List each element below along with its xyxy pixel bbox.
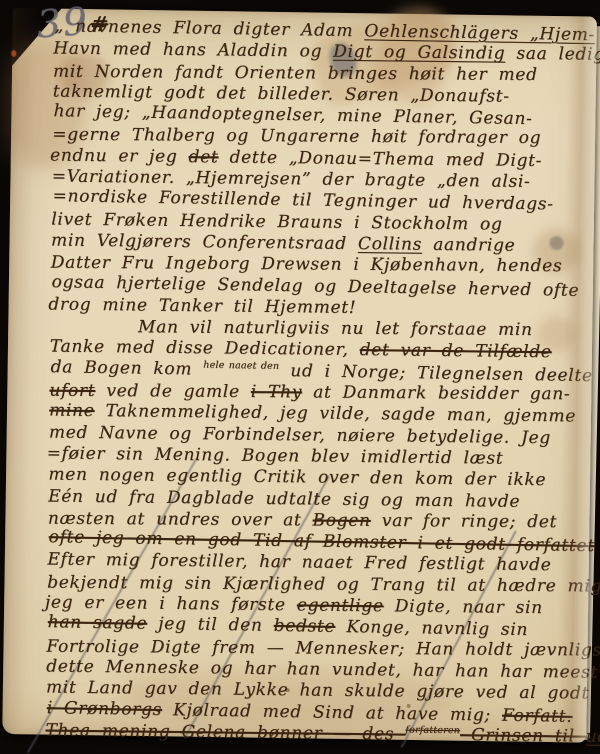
manuscript-line: ufort ved de gamle i Thy at Danmark besi… xyxy=(49,381,577,406)
struck-text-segment: Forfatt. xyxy=(502,705,573,726)
text-segment: aandrige xyxy=(422,235,516,256)
struck-text-segment: han sagde xyxy=(48,612,148,634)
text-segment: Konge, navnlig sin xyxy=(335,617,528,640)
text-segment: =føier sin Mening. Bogen blev imidlertid… xyxy=(47,443,504,468)
text-segment: Havn med hans Aladdin og xyxy=(53,39,333,62)
manuscript-paper: 39 # „ navnenes Flora digter Adam Oehlen… xyxy=(2,8,597,743)
struck-text-segment: Grinsen til xyxy=(460,725,586,746)
manuscript-line: Man vil naturligviis nu let forstaae min xyxy=(50,317,578,342)
manuscript-line: mit Norden fandt Orienten bringes høit h… xyxy=(53,61,581,86)
underlined-text-segment: udhalt xyxy=(586,726,600,747)
text-segment: ved de gamle xyxy=(95,381,251,402)
scanned-manuscript-page: 39 # „ navnenes Flora digter Adam Oehlen… xyxy=(0,0,600,754)
struck-text-segment: i Grønborgs xyxy=(47,698,163,720)
text-segment: endnu er jeg xyxy=(50,145,189,167)
text-segment: =gerne Thalberg og Ungarerne høit fordra… xyxy=(52,125,541,148)
underlined-text-segment: Collins xyxy=(358,234,422,255)
struck-text-segment: det var de Tilfælde xyxy=(360,340,552,362)
struck-text-segment: Bogen xyxy=(313,510,371,530)
text-segment: var for ringe; det xyxy=(371,511,558,532)
text-segment: dette „Donau=Thema med Digt- xyxy=(218,147,542,171)
inserted-text-segment: hele naaet den xyxy=(203,359,279,371)
underlined-text-segment: Digt og Galsindig xyxy=(333,42,505,64)
text-segment: Digte, naar sin xyxy=(384,596,543,618)
struck-text-segment: forfatteren xyxy=(405,724,460,736)
text-segment: saa ledig i xyxy=(505,44,600,65)
text-segment: da Bogen kom xyxy=(50,357,203,380)
text-segment: jeg til den xyxy=(147,614,274,636)
struck-text-segment: i Thy xyxy=(251,382,302,402)
handwritten-text-block: „ navnenes Flora digter Adam Oehlenschlä… xyxy=(45,18,581,748)
text-segment: min Velgjørers Conferentsraad xyxy=(51,230,358,253)
struck-text-segment: ufort xyxy=(49,381,95,401)
text-segment: Fortrolige Digte frem — Mennesker; Han h… xyxy=(46,636,600,660)
struck-text-segment: bedste xyxy=(274,616,336,637)
underlined-text-segment: Oehlenschlägers „Hjem- xyxy=(364,21,595,45)
struck-text-segment: egentlige xyxy=(297,595,384,616)
text-segment: Eén ud fra Dagblade udtalte sig og man h… xyxy=(48,486,520,511)
text-segment: drog mine Tanker til Hjemmet! xyxy=(48,294,356,317)
struck-text-segment: mine xyxy=(49,401,95,422)
text-segment: Man vil naturligviis nu let forstaae min xyxy=(138,317,533,340)
struck-text-segment: det xyxy=(188,147,218,167)
text-segment: at Danmark besidder gan- xyxy=(302,382,570,404)
text-segment: mit Norden fandt Orienten bringes høit h… xyxy=(53,61,538,84)
text-segment: „ navnenes Flora digter Adam xyxy=(54,16,364,41)
manuscript-line: Fortrolige Digte frem — Mennesker; Han h… xyxy=(46,636,574,661)
